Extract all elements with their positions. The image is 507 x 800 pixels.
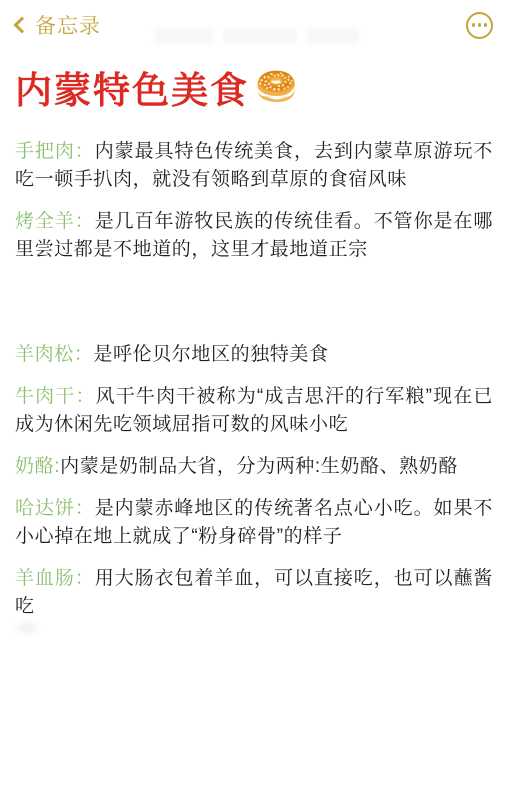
note-line: 烤全羊：是几百年游牧民族的传统佳看。不管你是在哪里尝过都是不地道的，这里才最地道… [15,208,493,264]
note-title-text: 内蒙特色美食 [15,60,249,114]
food-description: 是呼伦贝尔地区的独特美食 [93,344,328,365]
note-line: 羊血肠：用大肠衣包着羊血，可以直接吃，也可以蘸酱吃 [15,565,493,621]
note-items: 手把肉：内蒙最具特色传统美食，去到内蒙草原游玩不吃一顿手扒肉，就没有领略到草原的… [15,138,493,621]
note-line: 牛肉干：风干牛肉干被称为“成吉思汗的行军粮”现在已成为休闲先吃领域屈指可数的风味… [15,383,493,439]
back-button[interactable]: 备忘录 [14,10,101,40]
note-line: 哈达饼：是内蒙赤峰地区的传统著名点心小吃。如果不小心掉在地上就成了“粉身碎骨”的… [15,495,493,551]
note-line: 手把肉：内蒙最具特色传统美食，去到内蒙草原游玩不吃一顿手扒肉，就没有领略到草原的… [15,138,493,194]
food-name-label: 手把肉： [15,141,95,162]
ellipsis-dot [484,23,488,27]
food-name-label: 羊血肠： [15,568,95,589]
food-name-label: 奶酪: [15,456,60,477]
back-label: 备忘录 [35,10,101,40]
ellipsis-dot [478,23,482,27]
bagel-emoji-icon: 🥯 [255,67,297,107]
ellipsis-dot [472,23,476,27]
chevron-left-icon [14,17,31,34]
note-body[interactable]: 内蒙特色美食 🥯 手把肉：内蒙最具特色传统美食，去到内蒙草原游玩不吃一顿手扒肉，… [15,60,493,635]
food-name-label: 羊肉松： [15,344,93,365]
note-title: 内蒙特色美食 🥯 [15,60,493,114]
food-description: 内蒙是奶制品大省，分为两种:生奶酪、熟奶酪 [60,456,458,477]
food-name-label: 烤全羊： [15,211,95,232]
nav-bar: 备忘录 [0,0,507,46]
food-name-label: 牛肉干： [15,386,96,407]
food-name-label: 哈达饼： [15,498,95,519]
more-options-button[interactable] [466,12,493,39]
note-line: 奶酪:内蒙是奶制品大省，分为两种:生奶酪、熟奶酪 [15,453,493,481]
note-line: 羊肉松：是呼伦贝尔地区的独特美食 [15,341,493,369]
